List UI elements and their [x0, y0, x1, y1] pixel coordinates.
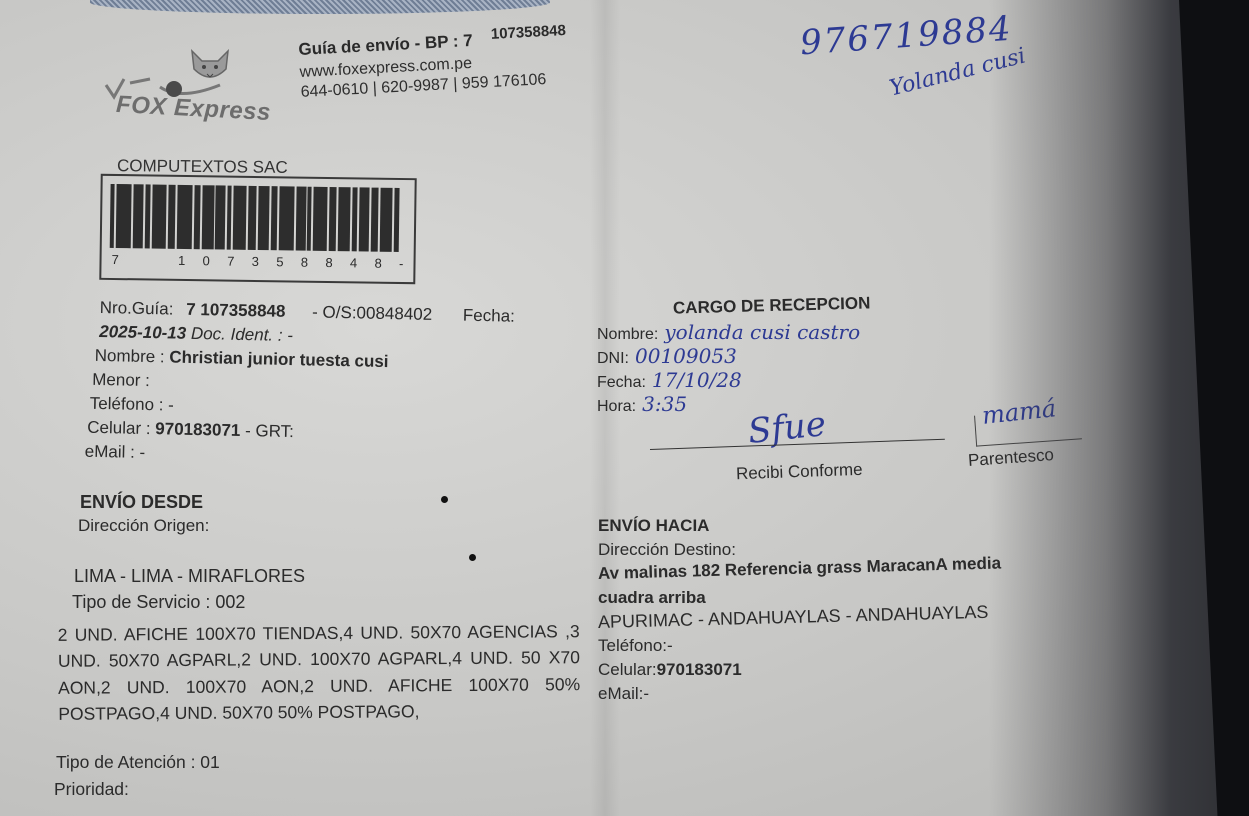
guia-number: 107358848: [490, 22, 566, 43]
barcode-bar: [232, 186, 246, 250]
nombre-value: Christian junior tuesta cusi: [169, 347, 389, 371]
barcode-digit: 1: [178, 253, 185, 268]
barcode-digit: 5: [276, 254, 283, 269]
barcode-bar: [177, 185, 193, 249]
cargo-field-fecha: Fecha:17/10/28: [597, 368, 742, 392]
barcode-digit: [157, 253, 161, 268]
barcode-digit: 4: [350, 255, 357, 270]
barcode-bar: [313, 187, 327, 251]
barcode-digit: 3: [252, 254, 259, 269]
cargo-field-hora: Hora:3:35: [597, 392, 687, 416]
field-label: Nombre:: [597, 326, 658, 343]
envio-hacia: ENVÍO HACIA Dirección Destino: Av malina…: [598, 514, 1001, 706]
destino-celular: Celular:970183071: [598, 658, 1001, 682]
destino-telefono: Teléfono:-: [598, 634, 1001, 658]
tipo-servicio: Tipo de Servicio : 002: [72, 590, 305, 614]
punch-dot: [441, 496, 448, 503]
barcode-bar: [393, 188, 400, 252]
nro-guia-label: Nro.Guía:: [100, 298, 174, 319]
barcode-digit: 7: [227, 254, 234, 269]
celular-label: Celular :: [87, 418, 151, 438]
fecha-label: Fecha:: [463, 306, 515, 326]
barcode: 7 107358848-: [99, 174, 416, 284]
fox-express-logo: FOX Express: [100, 45, 290, 130]
package-description: 2 UND. AFICHE 100X70 TIENDAS,4 UND. 50X7…: [58, 618, 581, 727]
logo-text: FOX Express: [115, 91, 271, 127]
destino-email: eMail:-: [598, 682, 1001, 706]
nombre-label: Nombre :: [95, 346, 165, 366]
direccion-origen-label: Dirección Origen:: [78, 514, 305, 538]
barcode-digit: 7: [111, 252, 118, 267]
barcode-digit: 0: [202, 253, 209, 268]
field-label: Fecha:: [597, 374, 646, 391]
barcode-digit: -: [399, 256, 404, 271]
envio-hacia-title: ENVÍO HACIA: [598, 514, 1001, 538]
os-number: - O/S:00848402: [312, 302, 432, 324]
handwritten-value: 3:35: [642, 392, 687, 416]
field-label: DNI:: [597, 350, 629, 367]
barcode-bar: [115, 184, 131, 248]
barcode-digits: 7 107358848-: [111, 252, 403, 271]
barcode-bar: [380, 188, 392, 252]
cargo-field-dni: DNI:00109053: [597, 344, 737, 368]
cargo-field-nombre: Nombre:yolanda cusi castro: [597, 320, 860, 344]
punch-dot: [469, 554, 476, 561]
barcode-bar: [202, 185, 214, 249]
fecha-value: 2025-10-13: [99, 322, 186, 343]
envio-desde-title: ENVÍO DESDE: [80, 490, 305, 514]
celular-value: 970183071: [155, 419, 240, 440]
prioridad: Prioridad:: [54, 779, 129, 800]
barcode-digit: 8: [325, 255, 332, 270]
barcode-bar: [257, 186, 269, 250]
barcode-bar: [278, 186, 294, 250]
celular-value: 970183071: [657, 660, 742, 679]
grt-label: - GRT:: [245, 421, 294, 441]
field-label: Hora:: [597, 398, 636, 415]
celular-label: Celular:: [598, 660, 657, 679]
handwritten-value: 00109053: [635, 344, 737, 368]
barcode-bar: [152, 185, 166, 249]
tipo-atencion: Tipo de Atención : 01: [56, 752, 220, 773]
barcode-digit: 8: [301, 255, 308, 270]
barcode-bars: [110, 184, 401, 252]
barcode-digit: 8: [374, 256, 381, 271]
barcode-digit: [136, 252, 140, 267]
envio-desde: ENVÍO DESDE Dirección Origen: LIMA - LIM…: [80, 490, 305, 614]
doc-ident: Doc. Ident. : -: [191, 324, 293, 345]
origen-location: LIMA - LIMA - MIRAFLORES: [74, 564, 305, 588]
barcode-bar: [338, 187, 350, 251]
recipient-info: Nro.Guía: 7 107358848 - O/S:00848402 Fec…: [96, 296, 515, 473]
handwritten-value: yolanda cusi castro: [664, 320, 860, 344]
handwritten-value: 17/10/28: [652, 368, 742, 392]
nro-guia-value: 7 107358848: [186, 300, 286, 321]
